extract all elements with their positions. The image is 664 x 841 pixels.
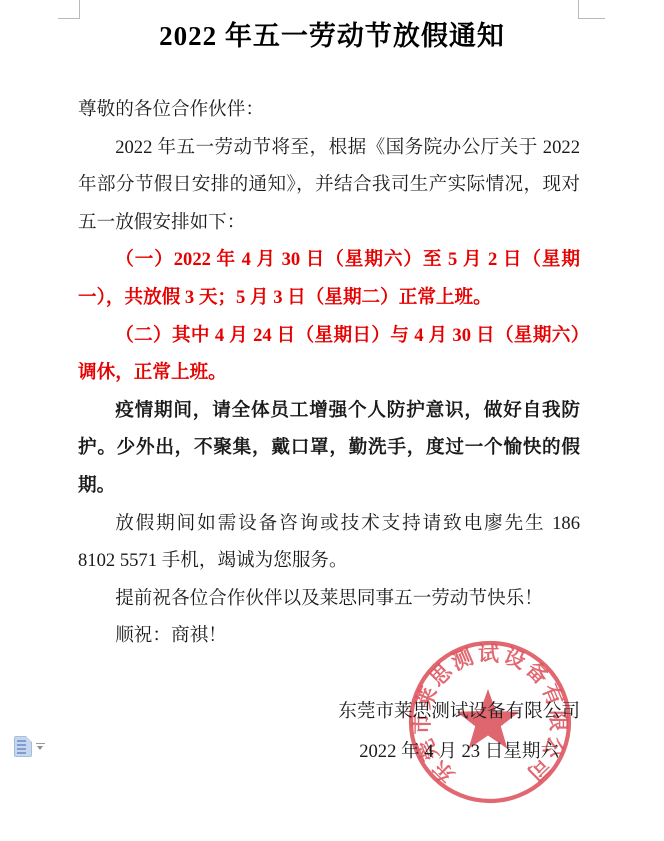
document-title: 2022 年五一劳动节放假通知 <box>0 14 664 58</box>
paste-options-button[interactable] <box>12 734 48 760</box>
document-page: 2022 年五一劳动节放假通知 尊敬的各位合作伙伴： 2022 年五一劳动节将至… <box>0 0 664 841</box>
paragraph-holiday-item-2: （二）其中 4 月 24 日（星期日）与 4 月 30 日（星期六）调休，正常上… <box>78 317 580 392</box>
paragraph-intro: 2022 年五一劳动节将至，根据《国务院办公厅关于 2022 年部分节假日安排的… <box>78 129 580 242</box>
paragraph-wishes: 提前祝各位合作伙伴以及莱思同事五一劳动节快乐！ <box>78 580 580 618</box>
signature-date: 2022 年 4 月 23 日星期六 <box>338 732 580 772</box>
paragraph-greeting: 尊敬的各位合作伙伴： <box>78 91 580 129</box>
document-body: 尊敬的各位合作伙伴： 2022 年五一劳动节将至，根据《国务院办公厅关于 202… <box>78 91 580 655</box>
paste-options-dropdown-arrow[interactable] <box>36 743 45 750</box>
paste-options-icon[interactable] <box>14 736 32 757</box>
signature-company: 东莞市莱思测试设备有限公司 <box>338 692 580 732</box>
signature-block: 东莞市莱思测试设备有限公司 2022 年 4 月 23 日星期六 <box>338 692 580 772</box>
paragraph-covid-notice: 疫情期间，请全体员工增强个人防护意识，做好自我防护。少外出，不聚集，戴口罩，勤洗… <box>78 392 580 505</box>
paragraph-holiday-item-1: （一）2022 年 4 月 30 日（星期六）至 5 月 2 日（星期一），共放… <box>78 241 580 316</box>
paragraph-contact: 放假期间如需设备咨询或技术支持请致电廖先生 186 8102 5571 手机，竭… <box>78 505 580 580</box>
